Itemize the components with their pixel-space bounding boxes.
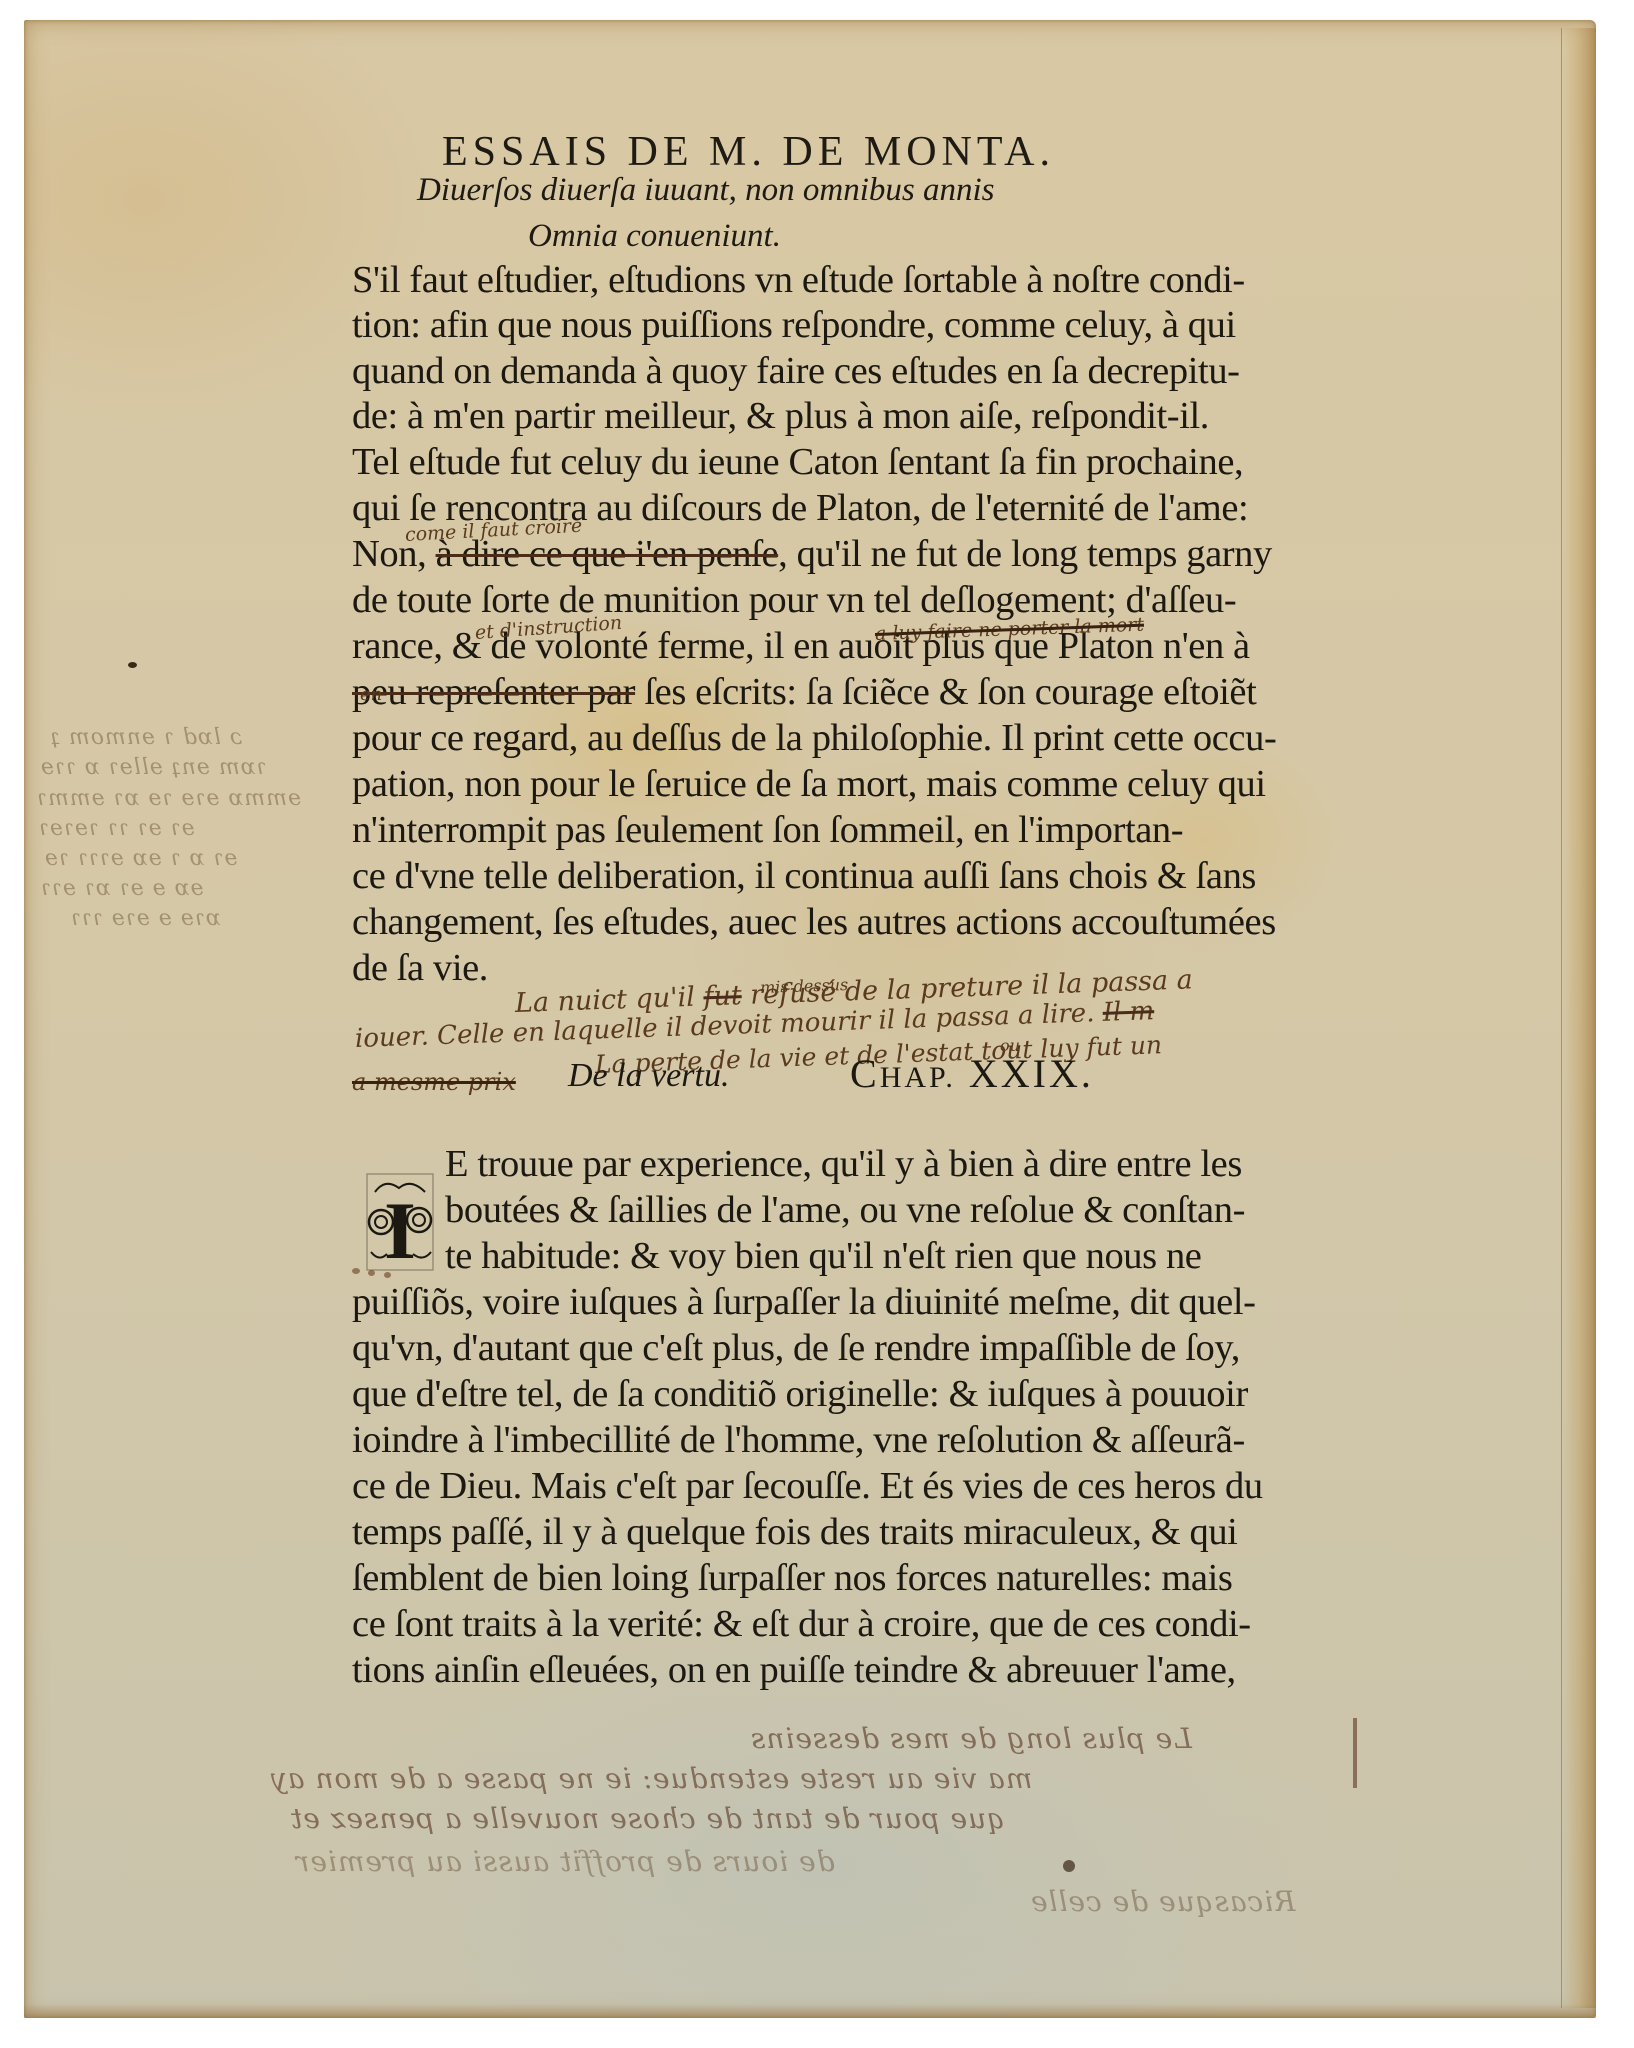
running-head: ESSAIS DE M. DE MONTA. xyxy=(442,128,1055,176)
body-line: quand on demanda à quoy faire ces eſtude… xyxy=(352,349,1240,393)
chapter-line: boutées & ſaillies de l'ame, ou vne reſo… xyxy=(445,1188,1245,1232)
chapter-number: CHAP. XXIX. xyxy=(850,1050,1094,1097)
chapter-number-smallcaps: HAP. xyxy=(880,1061,956,1094)
ink-speck xyxy=(384,1272,391,1278)
struck-text: peu repreſenter par xyxy=(352,671,635,713)
chapter-line: E trouue par experience, qu'il y à bien … xyxy=(445,1142,1242,1186)
chapter-line: puiſſiõs, voire iuſques à ſurpaſſer la d… xyxy=(352,1280,1256,1324)
bleed-line: de iours de proffit aussi au premier xyxy=(295,1845,835,1878)
body-line: n'interrompit pas ſeulement ſon ſommeil,… xyxy=(352,808,1183,852)
epigraph-line-2: Omnia conueniunt. xyxy=(528,218,781,255)
chapter-line: ce ſont traits à la verité: & eſt dur à … xyxy=(352,1602,1251,1646)
bleed-line: ɘɿ ɘɿ ɿɿ ɿɘɿɘɿ xyxy=(38,816,195,841)
svg-text:I: I xyxy=(384,1185,416,1272)
chapter-number-prefix: C xyxy=(850,1051,880,1096)
bleed-line: ma vie au reste estendue: ie ne passe a … xyxy=(270,1762,1032,1795)
body-line: changement, ſes eſtudes, auec les autres… xyxy=(352,900,1276,944)
body-line: pation, non pour le ſeruice de ſa mort, … xyxy=(352,762,1266,806)
manuscript-struck: fut xyxy=(703,980,742,1012)
bleed-line: ɘɿ ɒ ɿ ɘɒ ɘɿɿɿ ɿɘ xyxy=(44,846,238,871)
ink-speck xyxy=(368,1270,375,1276)
page-bottom-edge xyxy=(24,2004,1596,2018)
bleed-line: ɘmmɒ ɘɿɘ ɿɘ ɒɿ ɘmmɿ xyxy=(36,786,301,811)
manuscript-addition-line-4: a mesme prix xyxy=(352,1068,516,1096)
chapter-line: tions ainſin eſleuées, on en puiſſe tein… xyxy=(352,1648,1236,1692)
chapter-line: ſemblent de bien loing ſurpaſſer nos for… xyxy=(352,1556,1233,1600)
ink-blot xyxy=(1063,1860,1075,1872)
bleed-line: que pour de tant de chose nouvelle a pen… xyxy=(290,1802,1005,1835)
bleed-line: Ricasque de celle xyxy=(1030,1885,1295,1918)
chapter-line: temps paſſé, il y à quelque fois des tra… xyxy=(352,1510,1237,1554)
chapter-line: qu'vn, d'autant que c'eſt plus, de ſe re… xyxy=(352,1326,1240,1370)
decorated-initial-icon: I xyxy=(365,1172,435,1272)
chapter-line: ioindre à l'imbecillité de l'homme, vne … xyxy=(352,1418,1245,1462)
bleed-line: ɘɒ ɘ ɘɿ ɒɿ ɘɿɿ xyxy=(40,876,204,901)
body-text: ſes eſcrits: ſa ſciẽce & ſon courage eſt… xyxy=(635,671,1256,713)
chapter-line: que d'eſtre tel, de ſa conditiõ originel… xyxy=(352,1372,1248,1416)
body-line: S'il faut eſtudier, eſtudions vn eſtude … xyxy=(352,258,1245,302)
manuscript-interlinear-3: en xyxy=(360,684,382,705)
bleed-line: Le plus long de mes desseins xyxy=(750,1722,1192,1755)
chapter-number-roman: XXIX. xyxy=(969,1051,1094,1096)
body-line: Tel eſtude fut celuy du ieune Caton ſent… xyxy=(352,440,1243,484)
body-line: ce d'vne telle deliberation, il continua… xyxy=(352,854,1256,898)
body-line-with-deletion: peu repreſenter par ſes eſcrits: ſa ſciẽ… xyxy=(352,670,1256,714)
chapter-line: te habitude: & voy bien qu'il n'eſt rien… xyxy=(445,1234,1202,1278)
bleed-line: ɔ lɒd ɿ ɘnmom ʇ xyxy=(50,725,242,750)
bleed-line: ɿɒm ɘnʇ ɘllɘɿ ɒ ɿɿɘ xyxy=(40,755,267,780)
body-line: de ſa vie. xyxy=(352,946,488,990)
ink-speck xyxy=(352,1268,360,1274)
body-text: , qu'il ne fut de long temps garny xyxy=(778,533,1272,575)
page-fold-edge xyxy=(1561,28,1596,2008)
chapter-line: ce de Dieu. Mais c'eſt par ſecouſſe. Et … xyxy=(352,1464,1263,1508)
body-line: tion: afin que nous puiſſions reſpondre,… xyxy=(352,303,1236,347)
body-line: pour ce regard, au deſſus de la philoſop… xyxy=(352,716,1276,760)
manuscript-struck: Il m xyxy=(1102,996,1155,1028)
ink-speck xyxy=(128,662,137,668)
chapter-title: De la vertu. xyxy=(568,1057,729,1095)
bleed-line: ɒɿɘ ɘ ɘɿɘ ɿɿɿ xyxy=(70,906,221,931)
body-line: de: à m'en partir meilleur, & plus à mon… xyxy=(352,394,1209,438)
bleed-bracket xyxy=(1353,1718,1357,1788)
epigraph-line-1: Diuerſos diuerſa iuuant, non omnibus ann… xyxy=(417,172,995,209)
